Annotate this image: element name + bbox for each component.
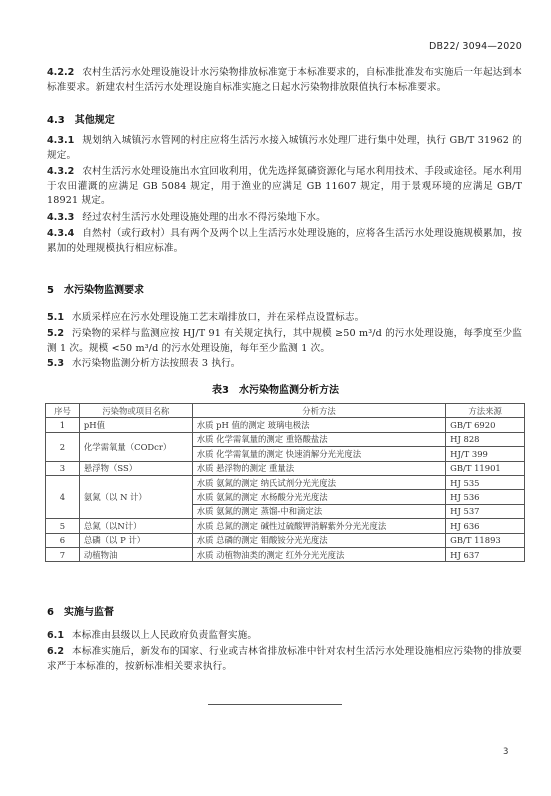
clause-6-1: 6.1本标准由县级以上人民政府负责监督实施。 [47, 629, 522, 644]
clause-text: 污染物的采样与监测应按 HJ/T 91 有关规定执行，其中规模 ≥50 m³/d… [47, 328, 522, 354]
cell-no: 7 [46, 547, 80, 561]
cell-method: 水质 总氮的测定 碱性过硫酸钾消解紫外分光光度法 [192, 519, 445, 533]
clause-6-2: 6.2本标准实施后，新发布的国家、行业或吉林省排放标准中针对农村生活污水处理设施… [47, 645, 522, 674]
cell-source: HJ 828 [446, 432, 525, 446]
cell-item: 动植物油 [79, 547, 192, 561]
col-header-method: 分析方法 [192, 404, 445, 418]
cell-method: 水质 总磷的测定 钼酸铵分光光度法 [192, 533, 445, 547]
table-header-row: 序号 污染物或项目名称 分析方法 方法来源 [46, 404, 525, 418]
clause-text: 水污染物监测分析方法按照表 3 执行。 [72, 358, 241, 369]
clause-4-3-2: 4.3.2农村生活污水处理设施出水宜回收利用，优先选择氮磷资源化与尾水利用技术、… [47, 165, 522, 209]
cell-no: 3 [46, 461, 80, 475]
heading-title: 其他规定 [75, 115, 115, 126]
cell-item: 化学需氧量（CODcr） [79, 432, 192, 461]
table-row: 3 悬浮物（SS） 水质 悬浮物的测定 重量法 GB/T 11901 [46, 461, 525, 475]
section-heading-4-3: 4.3其他规定 [47, 111, 115, 126]
col-header-item: 污染物或项目名称 [79, 404, 192, 418]
cell-source: HJ 537 [446, 504, 525, 518]
cell-no: 5 [46, 519, 80, 533]
heading-number: 5 [47, 285, 54, 296]
clause-text: 农村生活污水处理设施出水宜回收利用，优先选择氮磷资源化与尾水利用技术、手段或途径… [47, 166, 522, 206]
page-number: 3 [503, 747, 508, 757]
table-number: 表3 [212, 385, 229, 396]
table-row: 7 动植物油 水质 动植物油类的测定 红外分光光度法 HJ 637 [46, 547, 525, 561]
clause-4-3-1: 4.3.1规划纳入城镇污水管网的村庄应将生活污水接入城镇污水处理厂进行集中处理，… [47, 134, 522, 163]
clause-number: 4.3.1 [47, 135, 74, 146]
clause-text: 经过农村生活污水处理设施处理的出水不得污染地下水。 [82, 212, 326, 223]
cell-no: 4 [46, 475, 80, 518]
cell-method: 水质 pH 值的测定 玻璃电极法 [192, 418, 445, 432]
cell-item: pH值 [79, 418, 192, 432]
table-caption: 表3水污染物监测分析方法 [0, 381, 551, 396]
clause-4-3-4: 4.3.4自然村（或行政村）具有两个及两个以上生活污水处理设施的，应将各生活污水… [47, 227, 522, 256]
clause-5-3: 5.3水污染物监测分析方法按照表 3 执行。 [47, 357, 522, 372]
monitoring-methods-table: 序号 污染物或项目名称 分析方法 方法来源 1 pH值 水质 pH 值的测定 玻… [45, 403, 525, 562]
cell-source: HJ 637 [446, 547, 525, 561]
cell-method: 水质 氨氮的测定 纳氏试剂分光光度法 [192, 475, 445, 489]
clause-number: 6.2 [47, 646, 64, 657]
cell-item: 总磷（以 P 计） [79, 533, 192, 547]
cell-source: HJ 535 [446, 475, 525, 489]
clause-5-2: 5.2污染物的采样与监测应按 HJ/T 91 有关规定执行，其中规模 ≥50 m… [47, 327, 522, 356]
cell-no: 6 [46, 533, 80, 547]
cell-item: 悬浮物（SS） [79, 461, 192, 475]
clause-number: 5.3 [47, 358, 64, 369]
clause-number: 4.3.3 [47, 212, 74, 223]
heading-number: 4.3 [47, 115, 65, 126]
col-header-source: 方法来源 [446, 404, 525, 418]
cell-method: 水质 化学需氧量的测定 快速消解分光光度法 [192, 447, 445, 461]
clause-text: 农村生活污水处理设施设计水污染物排放标准宽于本标准要求的，自标准批准发布实施后一… [47, 67, 522, 93]
table-row: 4 氨氮（以 N 计） 水质 氨氮的测定 纳氏试剂分光光度法 HJ 535 [46, 475, 525, 489]
table-caption-title: 水污染物监测分析方法 [239, 385, 339, 396]
section-heading-6: 6实施与监督 [47, 603, 114, 618]
table-row: 6 总磷（以 P 计） 水质 总磷的测定 钼酸铵分光光度法 GB/T 11893 [46, 533, 525, 547]
cell-method: 水质 氨氮的测定 蒸馏-中和滴定法 [192, 504, 445, 518]
cell-source: HJ/T 399 [446, 447, 525, 461]
cell-item: 总氮（以N计） [79, 519, 192, 533]
cell-method: 水质 悬浮物的测定 重量法 [192, 461, 445, 475]
table-row: 1 pH值 水质 pH 值的测定 玻璃电极法 GB/T 6920 [46, 418, 525, 432]
heading-title: 水污染物监测要求 [64, 285, 144, 296]
end-rule-divider [208, 704, 342, 705]
clause-number: 6.1 [47, 630, 64, 641]
cell-source: HJ 536 [446, 490, 525, 504]
clause-number: 5.2 [47, 328, 64, 339]
cell-source: GB/T 11893 [446, 533, 525, 547]
cell-source: HJ 636 [446, 519, 525, 533]
clause-4-3-3: 4.3.3经过农村生活污水处理设施处理的出水不得污染地下水。 [47, 211, 522, 226]
heading-title: 实施与监督 [64, 607, 114, 618]
clause-text: 本标准由县级以上人民政府负责监督实施。 [72, 630, 257, 641]
cell-item: 氨氮（以 N 计） [79, 475, 192, 518]
clause-text: 水质采样应在污水处理设施工艺末端排放口，并在采样点设置标志。 [72, 312, 364, 323]
cell-source: GB/T 6920 [446, 418, 525, 432]
clause-number: 4.2.2 [47, 67, 74, 78]
table-row: 5 总氮（以N计） 水质 总氮的测定 碱性过硫酸钾消解紫外分光光度法 HJ 63… [46, 519, 525, 533]
table-row: 2 化学需氧量（CODcr） 水质 化学需氧量的测定 重铬酸盐法 HJ 828 [46, 432, 525, 446]
clause-5-1: 5.1水质采样应在污水处理设施工艺末端排放口，并在采样点设置标志。 [47, 311, 522, 326]
col-header-no: 序号 [46, 404, 80, 418]
heading-number: 6 [47, 607, 54, 618]
cell-method: 水质 氨氮的测定 水杨酸分光光度法 [192, 490, 445, 504]
cell-source: GB/T 11901 [446, 461, 525, 475]
clause-text: 自然村（或行政村）具有两个及两个以上生活污水处理设施的，应将各生活污水处理设施规… [47, 228, 522, 254]
clause-text: 本标准实施后，新发布的国家、行业或吉林省排放标准中针对农村生活污水处理设施相应污… [47, 646, 522, 672]
cell-method: 水质 动植物油类的测定 红外分光光度法 [192, 547, 445, 561]
clause-number: 4.3.4 [47, 228, 74, 239]
clause-number: 5.1 [47, 312, 64, 323]
clause-4-2-2: 4.2.2农村生活污水处理设施设计水污染物排放标准宽于本标准要求的，自标准批准发… [47, 66, 522, 95]
clause-text: 规划纳入城镇污水管网的村庄应将生活污水接入城镇污水处理厂进行集中处理，执行 GB… [47, 135, 522, 161]
cell-method: 水质 化学需氧量的测定 重铬酸盐法 [192, 432, 445, 446]
section-heading-5: 5水污染物监测要求 [47, 281, 144, 296]
document-code: DB22/ 3094—2020 [429, 41, 522, 52]
clause-number: 4.3.2 [47, 166, 74, 177]
cell-no: 1 [46, 418, 80, 432]
cell-no: 2 [46, 432, 80, 461]
